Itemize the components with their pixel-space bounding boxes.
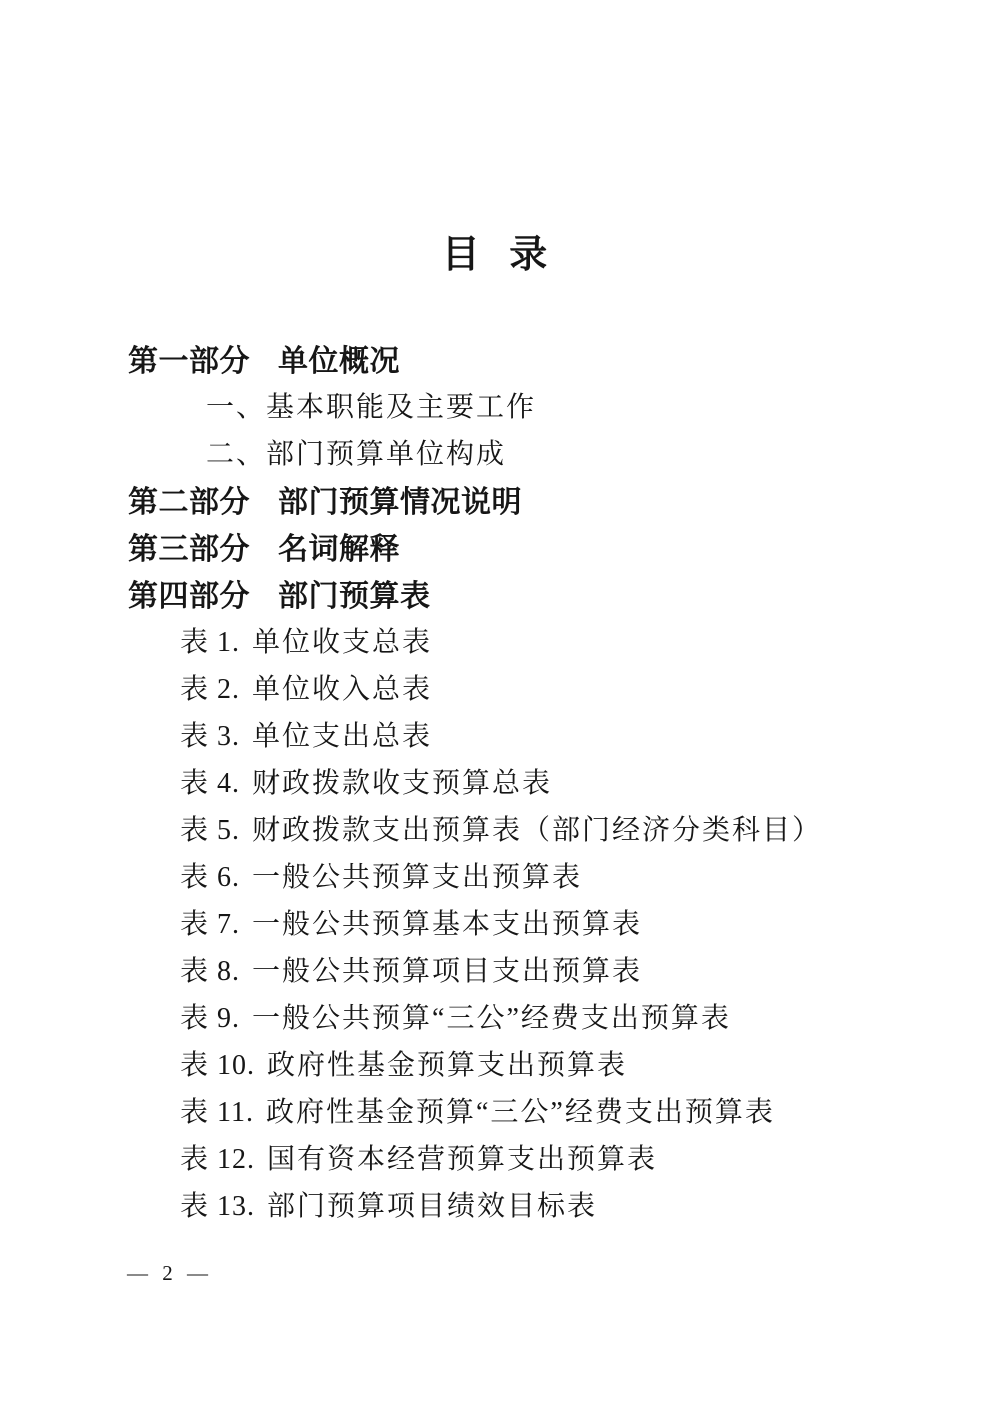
toc-table-entry-13: 表 13. 部门预算项目绩效目标表 — [0, 1180, 991, 1227]
table-number: 表 10. — [180, 1043, 255, 1083]
table-title: 一般公共预算基本支出预算表 — [252, 902, 642, 942]
table-title: 财政拨款收支预算总表 — [252, 761, 552, 801]
table-title: 一般公共预算支出预算表 — [252, 855, 582, 895]
toc-table-entry-8: 表 8. 一般公共预算项目支出预算表 — [0, 945, 991, 992]
toc-table-entry-4: 表 4. 财政拨款收支预算总表 — [0, 757, 991, 804]
part-title: 部门预算情况说明 — [278, 477, 522, 521]
table-number: 表 7. — [180, 902, 240, 942]
table-number: 表 13. — [180, 1184, 255, 1224]
table-number: 表 9. — [180, 996, 240, 1036]
table-title: 政府性基金预算支出预算表 — [267, 1043, 627, 1083]
toc-table-entry-7: 表 7. 一般公共预算基本支出预算表 — [0, 898, 991, 945]
part-title: 部门预算表 — [278, 571, 431, 615]
part-title: 名词解释 — [278, 524, 400, 568]
part-number: 第二部分 — [128, 477, 250, 521]
toc-table-entry-3: 表 3. 单位支出总表 — [0, 710, 991, 757]
part-number: 第四部分 — [128, 571, 250, 615]
table-title: 部门预算项目绩效目标表 — [267, 1184, 597, 1224]
toc-table-entry-12: 表 12. 国有资本经营预算支出预算表 — [0, 1133, 991, 1180]
part-title: 单位概况 — [278, 336, 400, 380]
table-number: 表 8. — [180, 949, 240, 989]
table-number: 表 12. — [180, 1137, 255, 1177]
toc-table-entry-11: 表 11. 政府性基金预算“三公”经费支出预算表 — [0, 1086, 991, 1133]
table-number: 表 1. — [180, 620, 240, 660]
table-of-contents: 第一部分 单位概况 一、基本职能及主要工作 二、部门预算单位构成 第二部分 部门… — [0, 334, 991, 1227]
part-number: 第三部分 — [128, 524, 250, 568]
document-page: 目 录 第一部分 单位概况 一、基本职能及主要工作 二、部门预算单位构成 第二部… — [0, 0, 991, 1403]
toc-subitem-1: 一、基本职能及主要工作 — [0, 381, 991, 428]
table-title: 财政拨款支出预算表（部门经济分类科目） — [252, 808, 822, 848]
table-number: 表 4. — [180, 761, 240, 801]
toc-table-entry-2: 表 2. 单位收入总表 — [0, 663, 991, 710]
toc-table-entry-10: 表 10. 政府性基金预算支出预算表 — [0, 1039, 991, 1086]
table-title: 单位收入总表 — [252, 667, 432, 707]
table-number: 表 2. — [180, 667, 240, 707]
toc-part-1-heading: 第一部分 单位概况 — [0, 334, 991, 381]
toc-table-entry-9: 表 9. 一般公共预算“三公”经费支出预算表 — [0, 992, 991, 1039]
table-number: 表 3. — [180, 714, 240, 754]
toc-table-entry-5: 表 5. 财政拨款支出预算表（部门经济分类科目） — [0, 804, 991, 851]
toc-table-entry-6: 表 6. 一般公共预算支出预算表 — [0, 851, 991, 898]
table-title: 一般公共预算项目支出预算表 — [252, 949, 642, 989]
toc-table-entry-1: 表 1. 单位收支总表 — [0, 616, 991, 663]
table-title: 国有资本经营预算支出预算表 — [267, 1137, 657, 1177]
page-title: 目 录 — [0, 231, 991, 279]
table-title: 单位支出总表 — [252, 714, 432, 754]
table-number: 表 11. — [180, 1090, 254, 1130]
table-title: 一般公共预算“三公”经费支出预算表 — [252, 996, 731, 1036]
part-number: 第一部分 — [128, 336, 250, 380]
table-title: 单位收支总表 — [252, 620, 432, 660]
table-number: 表 5. — [180, 808, 240, 848]
toc-subitem-2: 二、部门预算单位构成 — [0, 428, 991, 475]
table-title: 政府性基金预算“三公”经费支出预算表 — [266, 1090, 775, 1130]
table-number: 表 6. — [180, 855, 240, 895]
toc-part-3-heading: 第三部分 名词解释 — [0, 522, 991, 569]
toc-part-2-heading: 第二部分 部门预算情况说明 — [0, 475, 991, 522]
toc-part-4-heading: 第四部分 部门预算表 — [0, 569, 991, 616]
page-number: — 2 — — [127, 1261, 209, 1286]
